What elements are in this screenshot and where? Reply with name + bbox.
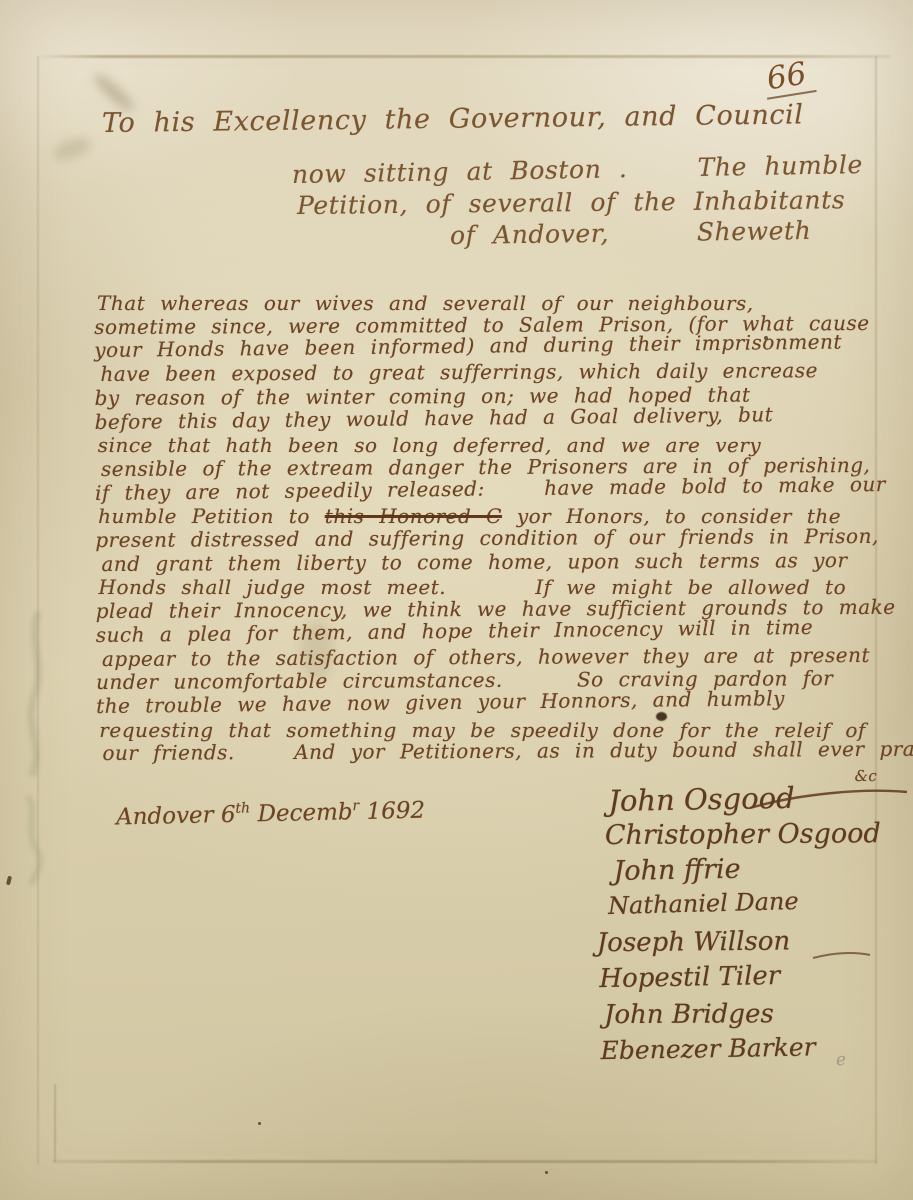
page-number: 66	[761, 54, 817, 99]
bleed-through-writing	[6, 600, 66, 890]
strike-post-text: yor Honors, to consider the	[502, 504, 841, 528]
petition-heading-line-3: Petition, of severall of the Inhabitants	[297, 185, 846, 220]
signature: Christopher Osgood	[605, 818, 881, 856]
manuscript-page: e 66 To his Excellency the Governour, an…	[0, 0, 913, 1200]
signature: Ebenezer Barker	[600, 1031, 884, 1072]
signature: Joseph Willson	[597, 926, 883, 964]
signature: John Bridges	[604, 999, 884, 1036]
dateline-place-day: Andover 6	[116, 802, 236, 831]
petition-heading-line-1: To his Excellency the Governour, and Cou…	[102, 99, 804, 139]
body-line: Honds shall judge most meet. If we might…	[99, 576, 899, 600]
signature-list: John Osgood Christopher Osgood John ffri…	[608, 779, 885, 1072]
body-line: and grant them liberty to come home, upo…	[101, 549, 901, 577]
petition-body: That whereas our wives and severall of o…	[94, 288, 896, 766]
ink-speck	[545, 1171, 548, 1174]
fold-crease-top	[36, 55, 891, 58]
body-line: appear to the satisfaction of others, ho…	[102, 643, 902, 671]
signature: Nathaniel Dane	[608, 885, 883, 928]
struck-out-text: this Honored C	[325, 504, 502, 528]
body-line: That whereas our wives and severall of o…	[97, 292, 897, 316]
fold-crease-bottom	[53, 1160, 877, 1163]
body-line: our friends. And yor Petitioners, as in …	[102, 738, 902, 766]
dateline: Andover 6th Decembr 1692	[116, 796, 426, 830]
dateline-day-superscript: th	[235, 800, 250, 816]
petition-heading-line-4: of Andover, Sheweth	[450, 216, 812, 250]
strike-pre-text: humble Petition to	[98, 504, 325, 528]
body-line-with-strikethrough: humble Petition to this Honored C yor Ho…	[98, 505, 898, 529]
paper-smudge	[50, 134, 94, 165]
dateline-month: Decemb	[250, 799, 353, 827]
body-line: have been exposed to great sufferrings, …	[100, 359, 900, 387]
fold-crease-bottom-left	[54, 1084, 56, 1162]
dateline-year: 1692	[359, 797, 425, 824]
signature: John Osgood	[608, 779, 880, 820]
petition-heading-line-2: now sitting at Boston . The humble	[292, 150, 863, 189]
ink-speck	[258, 1122, 261, 1125]
signature: Hopestil Tiler	[599, 959, 883, 1000]
